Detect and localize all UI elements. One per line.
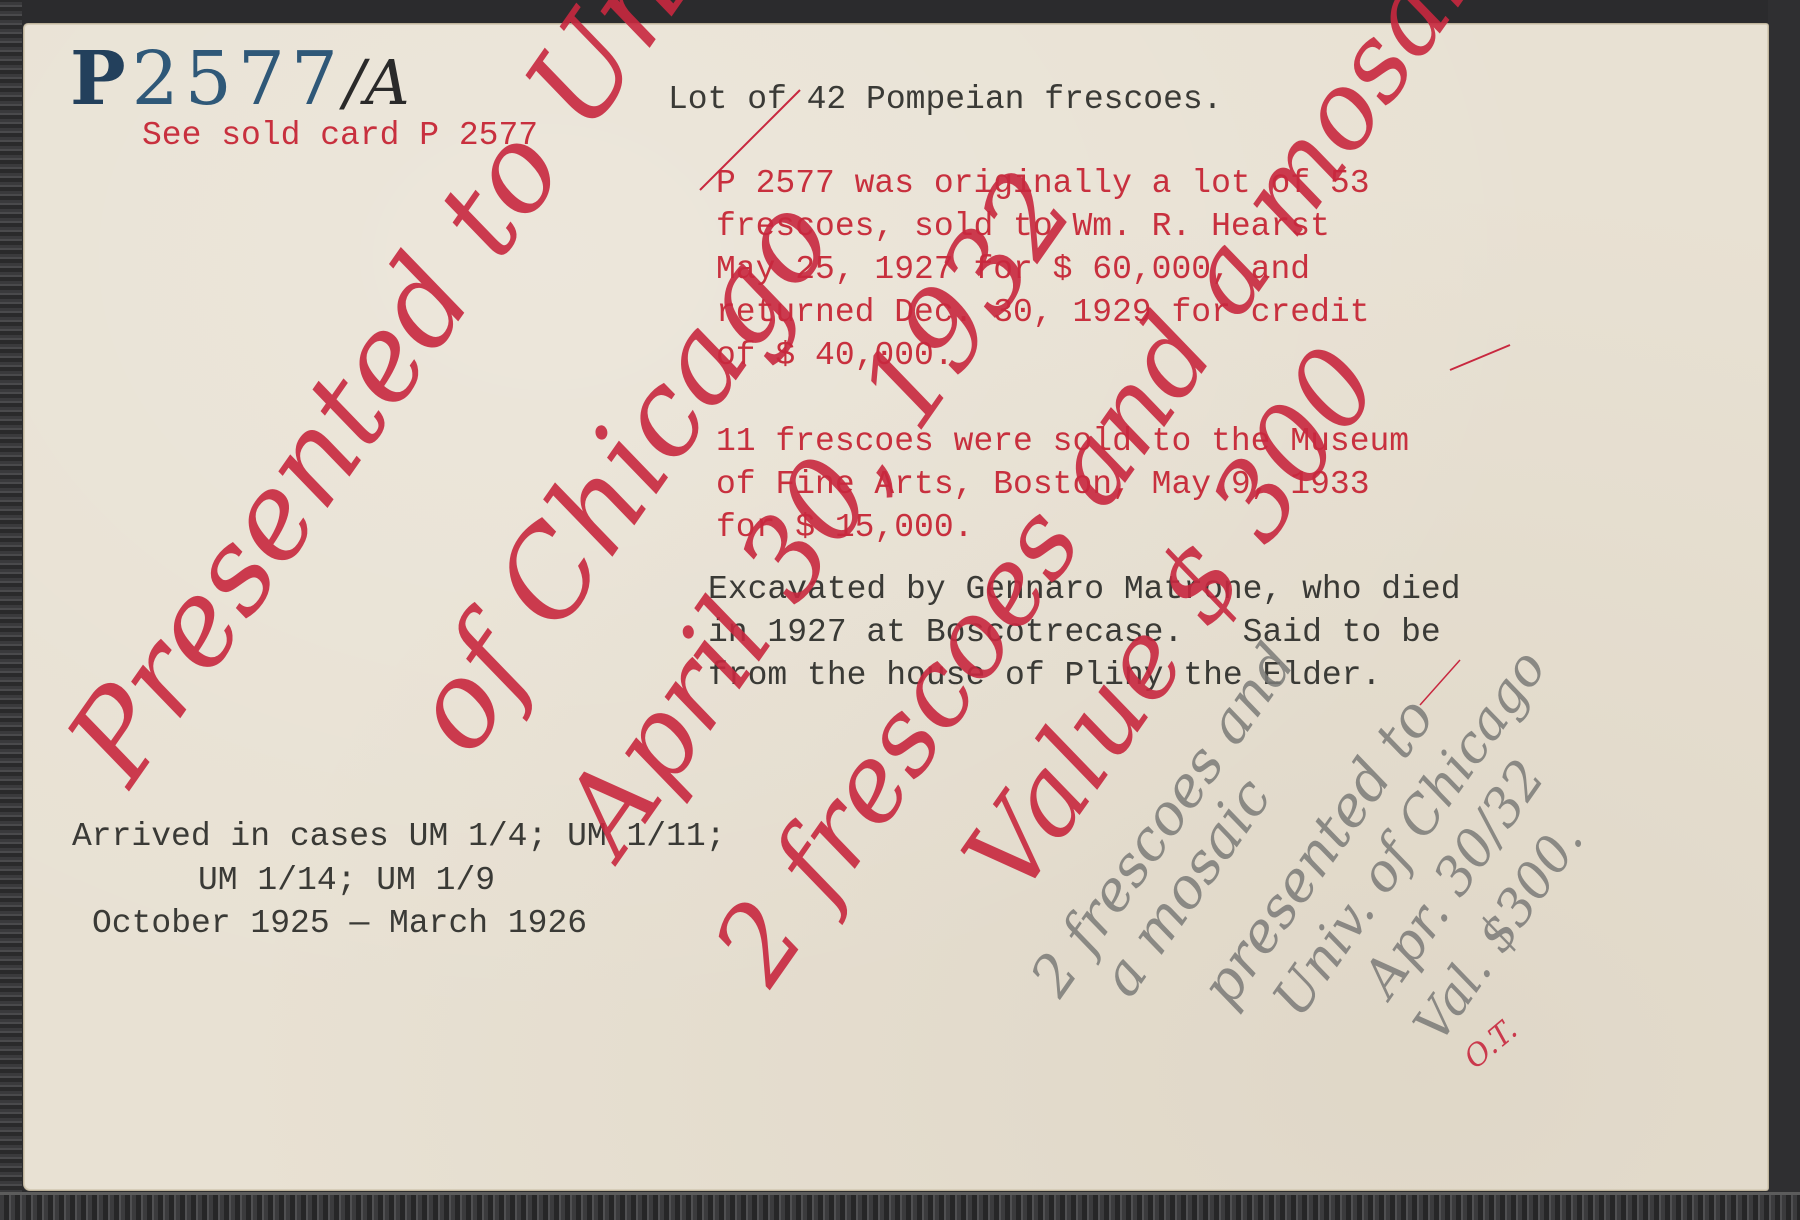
lot-title: Lot of 42 Pompeian frescoes.	[668, 76, 1223, 124]
museum-sale-line: for $ 15,000.	[716, 504, 973, 552]
provenance-line: from the house of Pliny the Elder.	[708, 652, 1381, 700]
museum-sale-line: 11 frescoes were sold to the Museum	[716, 418, 1409, 466]
stamp-prefix: P	[70, 36, 132, 122]
stamp-suffix-handwritten: /A	[344, 46, 410, 119]
scanner-backdrop-bottom	[0, 1192, 1800, 1220]
scanner-backdrop-left	[0, 0, 22, 1220]
sale-history-line: returned Dec. 30, 1929 for credit	[716, 289, 1370, 337]
stamp-number: 2577	[132, 36, 344, 122]
see-sold-card-note: See sold card P 2577	[142, 112, 538, 160]
sale-history-line: May 25, 1927 for $ 60,000, and	[716, 246, 1310, 294]
sale-history-line: frescoes, sold to Wm. R. Hearst	[716, 203, 1330, 251]
museum-sale-line: of Fine Arts, Boston, May 9, 1933	[716, 461, 1370, 509]
scanner-backdrop-right	[1768, 0, 1800, 1220]
arrival-line: UM 1/14; UM 1/9	[198, 857, 495, 905]
arrival-line: Arrived in cases UM 1/4; UM 1/11;	[72, 813, 726, 861]
sale-history-line: of $ 40,000.	[716, 332, 954, 380]
arrival-dates: October 1925 — March 1926	[92, 900, 587, 948]
provenance-line: Excavated by Gennaro Matrone, who died	[708, 566, 1461, 614]
catalog-number-stamp: P2577/A	[70, 42, 410, 116]
sale-history-line: P 2577 was originally a lot of 53	[716, 160, 1370, 208]
provenance-line: in 1927 at Boscotrecase. Said to be	[708, 609, 1441, 657]
